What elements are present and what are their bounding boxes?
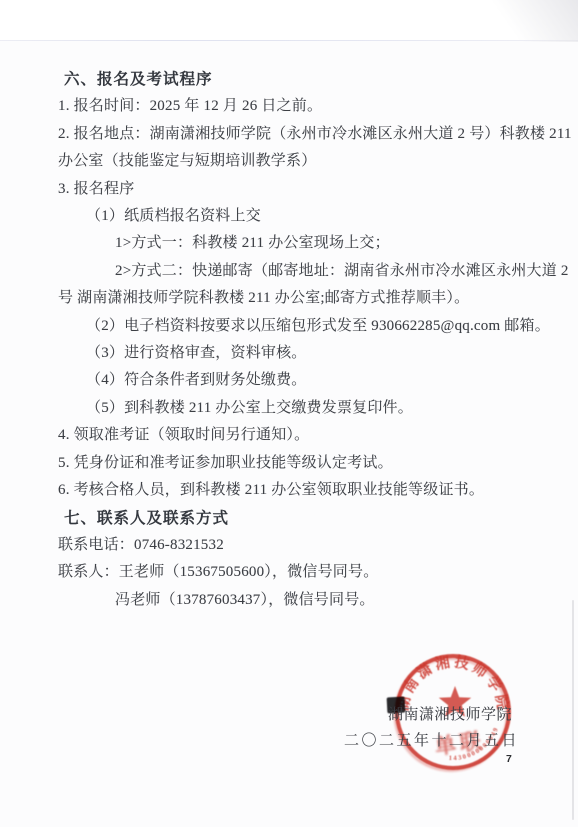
- para-registration-place-line1: 2. 报名地点：湖南潇湘技师学院（永州市冷水滩区永州大道 2 号）科教楼 211: [58, 121, 524, 148]
- scanned-document-page: 六、报名及考试程序 1. 报名时间：2025 年 12 月 26 日之前。 2.…: [0, 0, 578, 827]
- para-electronic-materials: （2）电子档资料按要求以压缩包形式发至 930662285@qq.com 邮箱。: [86, 313, 524, 340]
- para-contact-phone: 联系电话：0746-8321532: [58, 532, 524, 559]
- signature-date: 二〇二五年十二月五日: [344, 729, 519, 750]
- para-method2-line1: 2>方式二：快递邮寄（邮寄地址：湖南省永州市冷水滩区永州大道 2: [115, 258, 524, 285]
- section6-heading: 六、报名及考试程序: [64, 66, 524, 93]
- page-number: 7: [506, 753, 512, 765]
- para-registration-time: 1. 报名时间：2025 年 12 月 26 日之前。: [58, 93, 524, 120]
- document-body: 六、报名及考试程序 1. 报名时间：2025 年 12 月 26 日之前。 2.…: [58, 66, 524, 614]
- para-registration-place-line2: 办公室（技能鉴定与短期培训教学系）: [58, 148, 524, 175]
- para-payment: （4）符合条件者到财务处缴费。: [86, 367, 524, 394]
- para-take-exam: 5. 凭身份证和准考证参加职业技能等级认定考试。: [58, 450, 524, 477]
- para-method1: 1>方式一：科教楼 211 办公室现场上交；: [115, 230, 524, 257]
- para-invoice-copy: （5）到科教楼 211 办公室上交缴费发票复印件。: [86, 395, 524, 422]
- scan-corner-shadow: [448, 0, 578, 42]
- para-method2-line2: 号 湖南潇湘技师学院科教楼 211 办公室;邮寄方式推荐顺丰）。: [58, 285, 524, 312]
- para-paper-materials: （1）纸质档报名资料上交: [86, 203, 524, 230]
- section7-heading: 七、联系人及联系方式: [64, 505, 524, 532]
- para-contact-feng: 冯老师（13787603437），微信号同号。: [115, 587, 524, 614]
- signature-organization: 湖南潇湘技师学院: [388, 703, 512, 724]
- para-registration-procedure: 3. 报名程序: [58, 176, 524, 203]
- scan-right-edge-artifact: [572, 600, 574, 820]
- para-contact-wang: 联系人：王老师（15367505600），微信号同号。: [58, 559, 524, 586]
- para-qualification-review: （3）进行资格审查，资料审核。: [86, 340, 524, 367]
- para-certificate: 6. 考核合格人员，到科教楼 211 办公室领取职业技能等级证书。: [58, 477, 524, 504]
- para-admission-ticket: 4. 领取准考证（领取时间另行通知）。: [58, 422, 524, 449]
